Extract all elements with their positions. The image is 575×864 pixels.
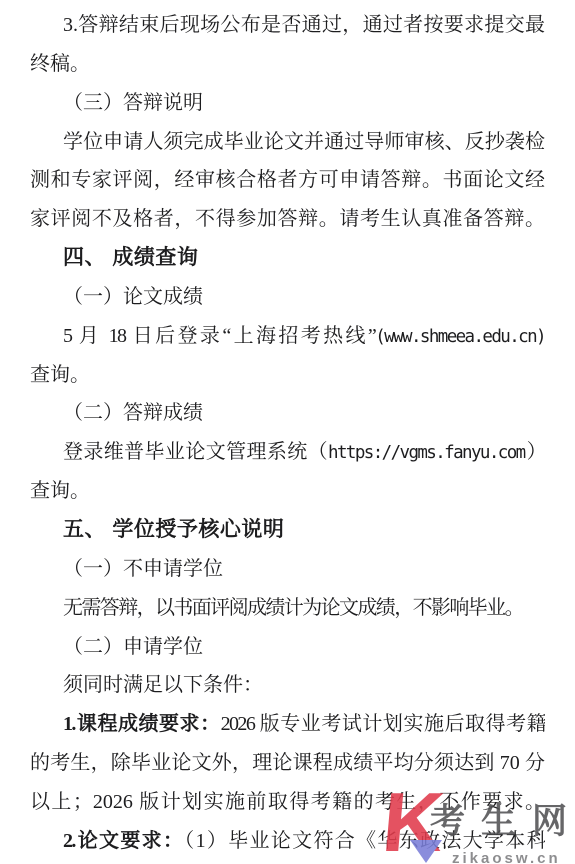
para-thesis-score-line1: 5 月 18 日后登录“上海招考热线”(www.shmeea.edu.cn) xyxy=(30,317,545,356)
para-apply-degree-conditions: 须同时满足以下条件： xyxy=(30,666,545,705)
para-thesis-score-line2: 查询。 xyxy=(30,356,545,395)
text-run: （三）答辩说明 xyxy=(63,92,203,114)
section-heading-score-inquiry: 四、 成绩查询 xyxy=(30,239,545,278)
subsection-heading-no-degree: （一）不申请学位 xyxy=(30,550,545,589)
text-run: 2.论文要求： xyxy=(63,830,184,852)
para-no-degree-line1: 无需答辩，以书面评阅成绩计为论文成绩，不影响毕业。 xyxy=(30,589,545,628)
para-course-score-line1: 1.课程成绩要求：2026 版专业考试计划实施后取得考籍 xyxy=(30,705,545,744)
text-run: （1）毕业论文符合《华东政法大学本科 xyxy=(184,830,545,852)
para-defense-score-line2: 查询。 xyxy=(30,472,545,511)
text-run: 1.课程成绩要求： xyxy=(63,713,221,735)
para-final-draft-line2: 终稿。 xyxy=(30,45,545,84)
text-run: 学位申请人须完成毕业论文并通过导师审核、反抄袭检 xyxy=(63,131,545,153)
subsection-heading-apply-degree: （二）申请学位 xyxy=(30,628,545,667)
para-thesis-requirement-line1: 2.论文要求：（1）毕业论文符合《华东政法大学本科 xyxy=(30,822,545,861)
text-run: 以上；2026 版计划实施前取得考籍的考生，不作要求。 xyxy=(30,791,545,813)
text-run: 查询。 xyxy=(30,364,90,386)
subsection-heading-thesis-score: （一）论文成绩 xyxy=(30,278,545,317)
para-course-score-line3: 以上；2026 版计划实施前取得考籍的考生，不作要求。 xyxy=(30,783,545,822)
text-run: 登录维普毕业论文管理系统（ xyxy=(63,441,328,463)
para-defense-score-line1: 登录维普毕业论文管理系统（https://vgms.fanyu.com） xyxy=(30,433,545,472)
para-defense-notes-line3: 家评阅不及格者，不得参加答辩。请考生认真准备答辩。 xyxy=(30,200,545,239)
document-page: 3.答辩结束后现场公布是否通过，通过者按要求提交最终稿。（三）答辩说明学位申请人… xyxy=(0,0,575,864)
subsection-heading-defense-score: （二）答辩成绩 xyxy=(30,394,545,433)
text-run: 2026 版专业考试计划实施后取得考籍 xyxy=(221,713,545,735)
text-run: 四、 成绩查询 xyxy=(63,246,198,269)
text-run: 的考生，除毕业论文外，理论课程成绩平均分须达到 70 分 xyxy=(30,752,545,774)
text-run: （二）申请学位 xyxy=(63,636,203,658)
section-heading-degree-conferral: 五、 学位授予核心说明 xyxy=(30,511,545,550)
para-defense-notes-line2: 测和专家评阅，经审核合格者方可申请答辩。书面论文经专 xyxy=(30,161,545,200)
para-defense-notes-line1: 学位申请人须完成毕业论文并通过导师审核、反抄袭检 xyxy=(30,123,545,162)
text-run: 须同时满足以下条件： xyxy=(63,674,263,696)
url-text: https://vgms.fanyu.com xyxy=(328,443,525,463)
text-run: 测和专家评阅，经审核合格者方可申请答辩。书面论文经专 xyxy=(30,169,545,200)
subsection-heading-defense-notes: （三）答辩说明 xyxy=(30,84,545,123)
text-run: 家评阅不及格者，不得参加答辩。请考生认真准备答辩。 xyxy=(30,208,545,230)
text-run: 5 月 18 日后登录“上海招考热线” xyxy=(63,325,375,347)
text-run: 五、 学位授予核心说明 xyxy=(63,518,284,541)
text-run: ） xyxy=(525,441,545,463)
para-final-draft-line1: 3.答辩结束后现场公布是否通过，通过者按要求提交最 xyxy=(30,6,545,45)
text-run: （一）论文成绩 xyxy=(63,286,203,308)
text-run: 无需答辩，以书面评阅成绩计为论文成绩，不影响毕业。 xyxy=(63,597,523,619)
text-run: （二）答辩成绩 xyxy=(63,402,203,424)
text-run: （一）不申请学位 xyxy=(63,558,223,580)
text-run: 终稿。 xyxy=(30,53,90,75)
text-run: 3.答辩结束后现场公布是否通过，通过者按要求提交最 xyxy=(63,14,545,36)
document-body: 3.答辩结束后现场公布是否通过，通过者按要求提交最终稿。（三）答辩说明学位申请人… xyxy=(30,6,545,861)
para-course-score-line2: 的考生，除毕业论文外，理论课程成绩平均分须达到 70 分 xyxy=(30,744,545,783)
url-text: (www.shmeea.edu.cn) xyxy=(375,327,545,347)
text-run: 查询。 xyxy=(30,480,90,502)
